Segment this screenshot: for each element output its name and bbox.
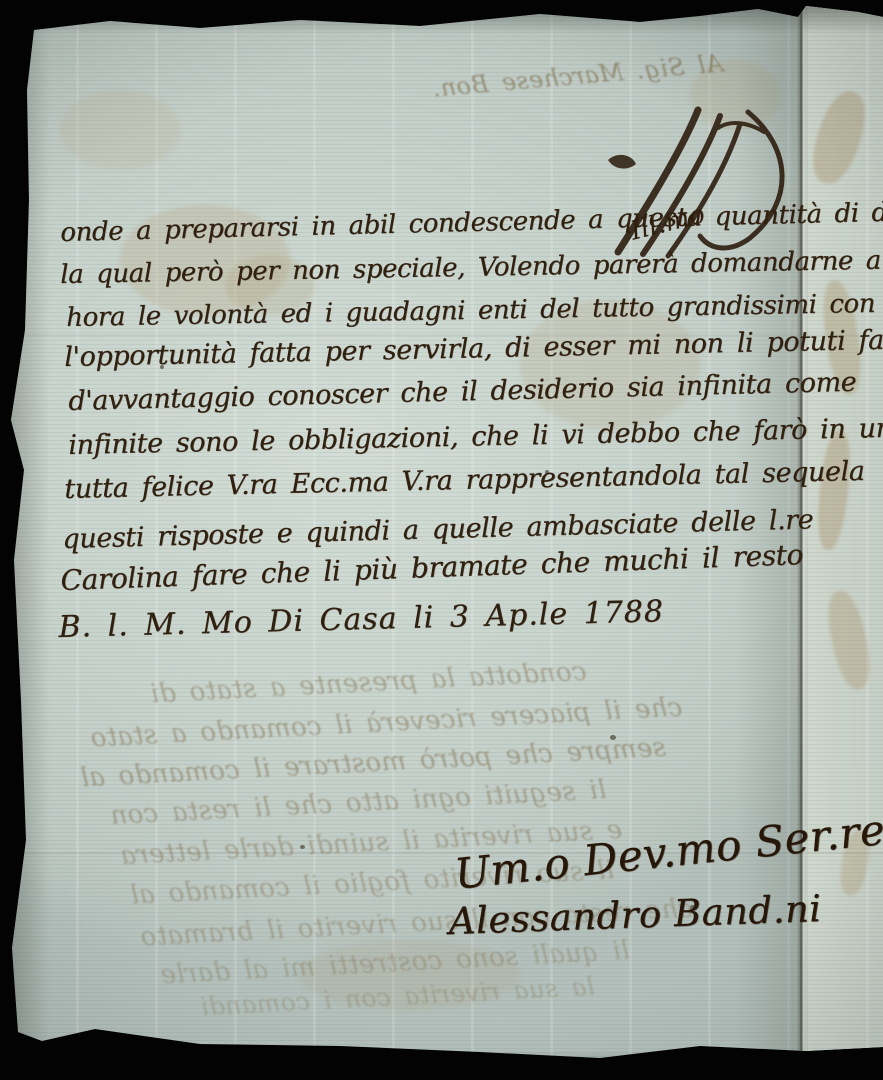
ink-blot: [608, 155, 636, 169]
photograph-background: Al Sig. Marchese Bon. Ill.mo onde a prep…: [0, 0, 883, 1080]
bleedthrough-heading: Al Sig. Marchese Bon.: [431, 49, 724, 102]
manuscript-dateline: B. l. M. Mo Di Casa li 3 Ap.le 1788: [58, 594, 664, 645]
ink-flourish: [598, 102, 810, 264]
paper-stain: [60, 90, 180, 170]
letter-sheet: Al Sig. Marchese Bon. Ill.mo onde a prep…: [0, 0, 883, 1080]
